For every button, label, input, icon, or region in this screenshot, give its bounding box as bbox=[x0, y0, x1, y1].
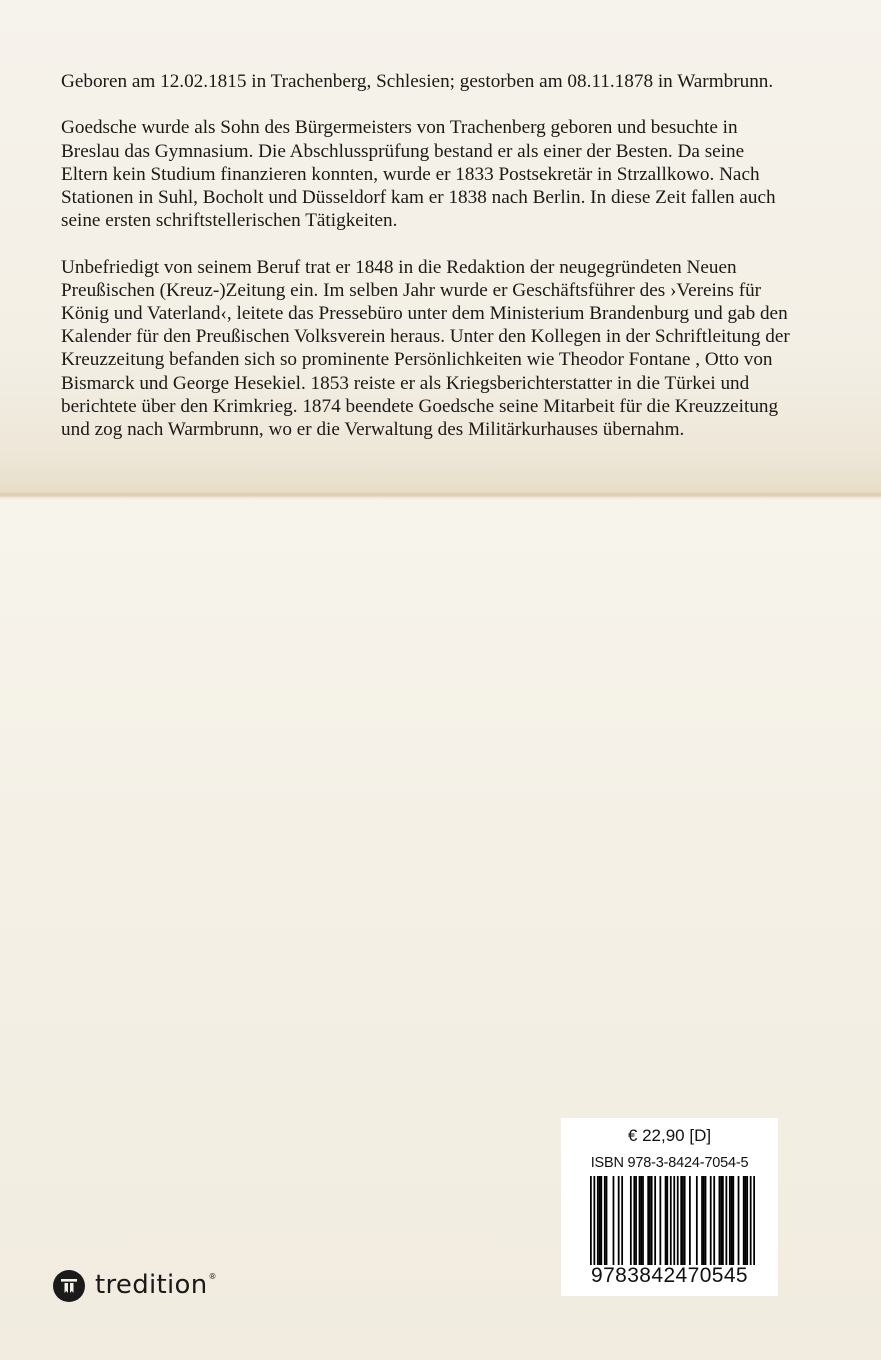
paragraph-career: Unbefriedigt von seinem Beruf trat er 18… bbox=[61, 256, 791, 442]
biography-text: Geboren am 12.02.1815 in Trachenberg, Sc… bbox=[61, 70, 791, 464]
publisher-name: tredition® bbox=[95, 1270, 217, 1300]
price-label: € 22,90 [D] bbox=[561, 1126, 778, 1146]
registered-mark: ® bbox=[209, 1272, 217, 1281]
publisher-logo: tredition® bbox=[53, 1270, 217, 1302]
ean-number: 9783842470545 bbox=[561, 1264, 778, 1288]
isbn-text: ISBN 978-3-8424-7054-5 bbox=[561, 1155, 778, 1171]
paragraph-birth-death: Geboren am 12.02.1815 in Trachenberg, Sc… bbox=[61, 70, 791, 93]
paper-fold-line bbox=[0, 492, 881, 500]
paragraph-early-life: Goedsche wurde als Sohn des Bürgermeiste… bbox=[61, 116, 791, 232]
barcode-icon bbox=[590, 1176, 755, 1265]
isbn-barcode-label: € 22,90 [D] ISBN 978-3-8424-7054-5 97838… bbox=[561, 1118, 778, 1296]
tredition-bookmark-icon bbox=[53, 1270, 85, 1302]
